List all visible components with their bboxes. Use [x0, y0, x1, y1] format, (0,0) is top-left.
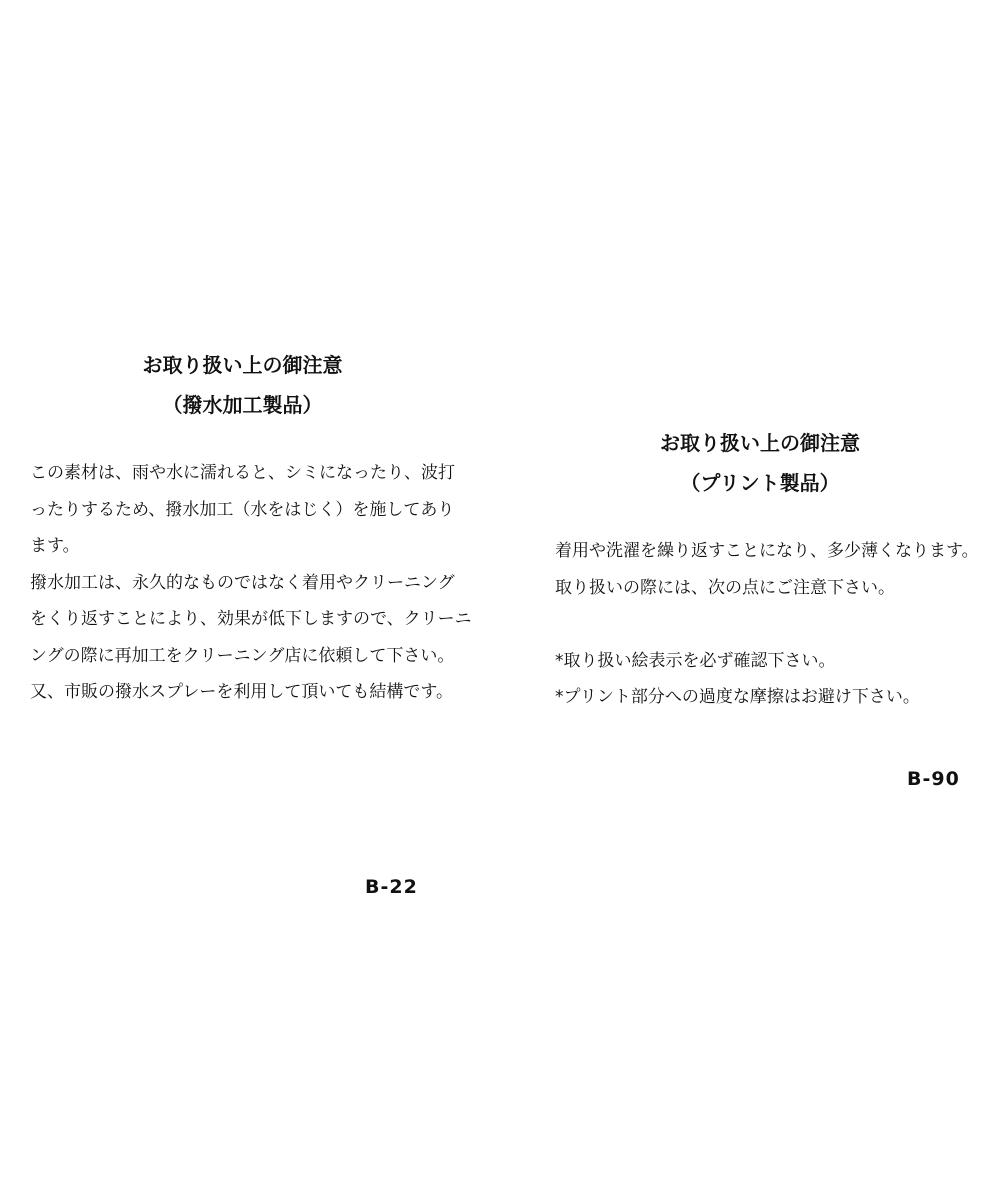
notice-subtitle: （撥水加工製品） [30, 385, 455, 425]
notice-heading: お取り扱い上の御注意 （プリント製品） [545, 423, 975, 503]
body-line: ます。 [30, 528, 470, 565]
body-line: *プリント部分への過度な摩擦はお避け下さい。 [555, 679, 975, 716]
notice-body: 着用や洗濯を繰り返すことになり、多少薄くなります。 取り扱いの際には、次の点にご… [555, 533, 975, 716]
notice-heading: お取り扱い上の御注意 （撥水加工製品） [30, 345, 455, 425]
care-notice-print: お取り扱い上の御注意 （プリント製品） 着用や洗濯を繰り返すことになり、多少薄く… [555, 423, 975, 716]
body-line: ングの際に再加工をクリーニング店に依頼して下さい。 [30, 638, 470, 675]
body-line: 撥水加工は、永久的なものではなく着用やクリーニング [30, 565, 470, 602]
body-line: 又、市販の撥水スプレーを利用して頂いても結構です。 [30, 674, 470, 711]
blank-line [555, 606, 975, 643]
body-line: 着用や洗濯を繰り返すことになり、多少薄くなります。 [555, 533, 975, 570]
notice-title: お取り扱い上の御注意 [545, 423, 975, 463]
care-notice-water-repellent: お取り扱い上の御注意 （撥水加工製品） この素材は、雨や水に濡れると、シミになっ… [30, 345, 470, 711]
body-line: 取り扱いの際には、次の点にご注意下さい。 [555, 570, 975, 607]
notice-title: お取り扱い上の御注意 [30, 345, 455, 385]
body-line: ったりするため、撥水加工（水をはじく）を施してあり [30, 492, 470, 529]
product-code-b22: B-22 [365, 876, 418, 898]
notice-subtitle: （プリント製品） [545, 463, 975, 503]
body-line: この素材は、雨や水に濡れると、シミになったり、波打 [30, 455, 470, 492]
product-code-b90: B-90 [907, 768, 960, 790]
body-line: をくり返すことにより、効果が低下しますので、クリーニ [30, 601, 470, 638]
notice-body: この素材は、雨や水に濡れると、シミになったり、波打 ったりするため、撥水加工（水… [30, 455, 470, 711]
body-line: *取り扱い絵表示を必ず確認下さい。 [555, 643, 975, 680]
